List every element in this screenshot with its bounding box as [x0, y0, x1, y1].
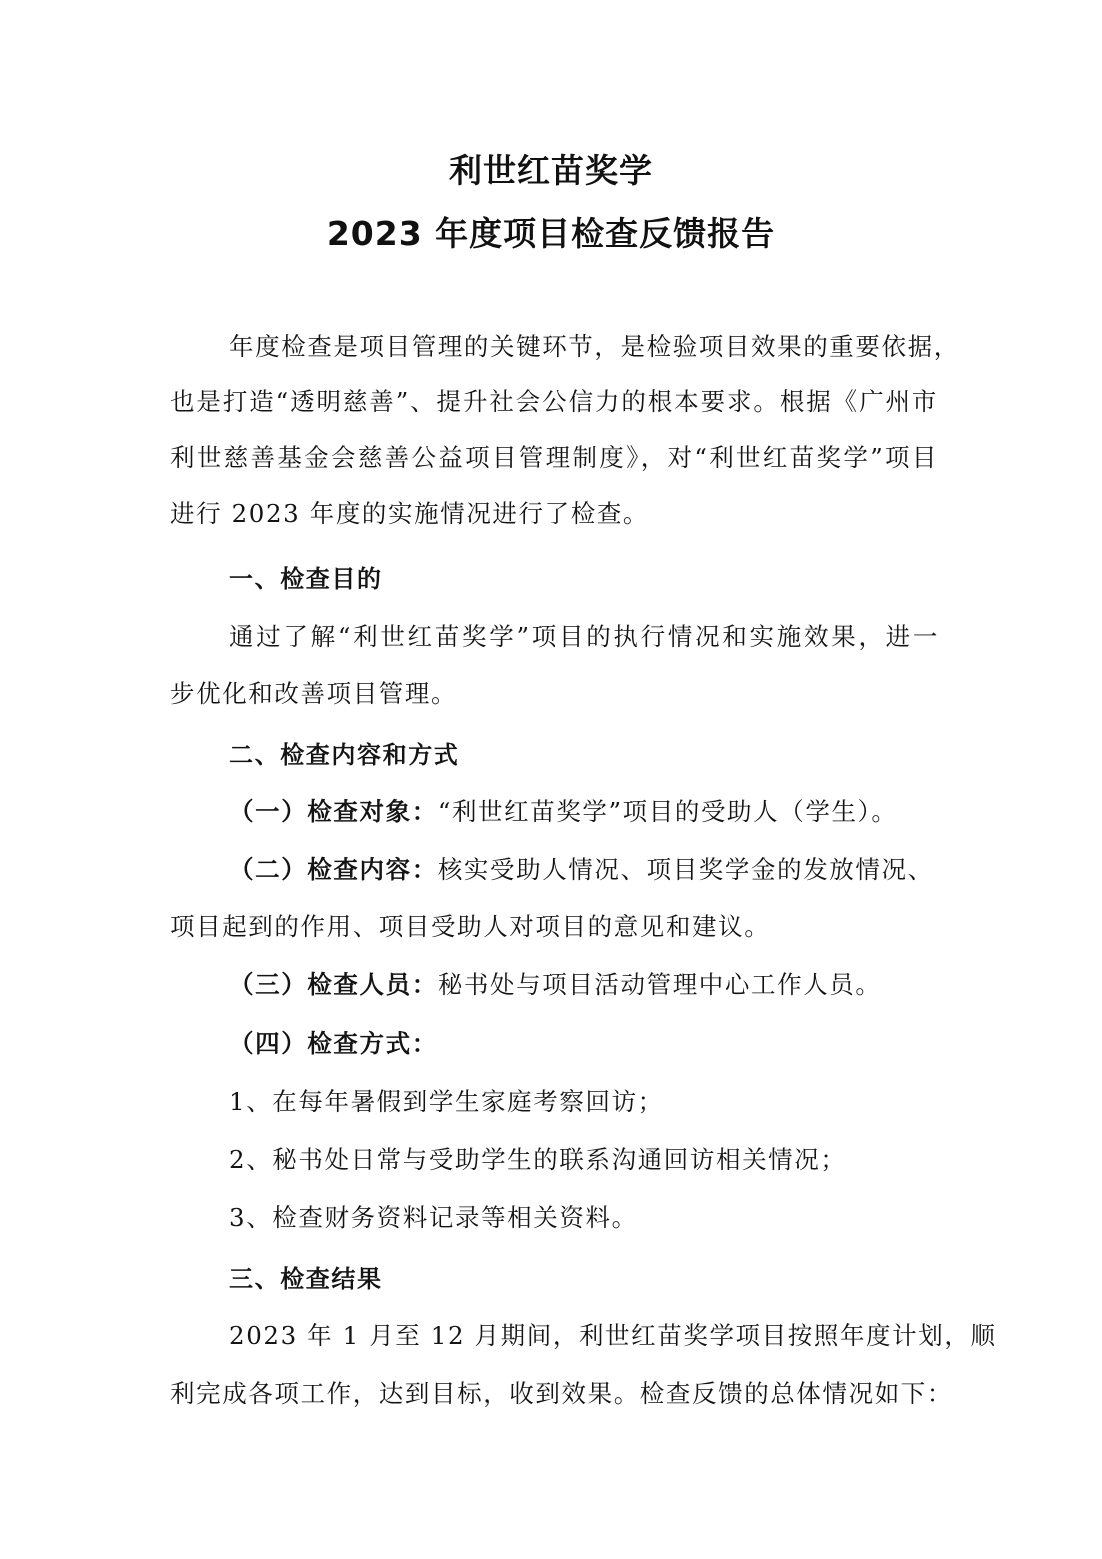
check-method-label: （四）检查方式：	[229, 1029, 438, 1058]
intro-line-2: 也是打造“透明慈善”、提升社会公信力的根本要求。根据《广州市	[170, 385, 938, 419]
check-staff-text: 秘书处与项目活动管理中心工作人员。	[438, 970, 882, 999]
section-3-line-1: 2023 年 1 月至 12 月期间，利世红苗奖学项目按照年度计划，顺	[229, 1319, 939, 1353]
check-content-label: （二）检查内容：	[229, 855, 438, 884]
check-target-label: （一）检查对象：	[229, 797, 438, 826]
section-1-line-2: 步优化和改善项目管理。	[170, 677, 950, 711]
document-page: 利世红苗奖学 2023 年度项目检查反馈报告 年度检查是项目管理的关键环节，是检…	[0, 0, 1102, 1559]
intro-line-3: 利世慈善基金会慈善公益项目管理制度》，对“利世红苗奖学”项目	[170, 441, 938, 475]
title-line-1: 利世红苗奖学	[0, 145, 1102, 192]
check-content: （二）检查内容：核实受助人情况、项目奖学金的发放情况、	[229, 853, 1009, 887]
check-staff: （三）检查人员：秘书处与项目活动管理中心工作人员。	[229, 968, 1009, 1002]
section-1-heading: 一、检查目的	[229, 562, 1009, 596]
check-staff-label: （三）检查人员：	[229, 970, 438, 999]
section-1-line-1: 通过了解“利世红苗奖学”项目的执行情况和实施效果，进一	[229, 620, 939, 654]
check-method: （四）检查方式：	[229, 1027, 1009, 1061]
check-content-continuation: 项目起到的作用、项目受助人对项目的意见和建议。	[170, 910, 950, 944]
check-target: （一）检查对象：“利世红苗奖学”项目的受助人（学生）。	[229, 795, 1009, 829]
check-target-text: “利世红苗奖学”项目的受助人（学生）。	[438, 797, 898, 826]
section-3-line-2: 利完成各项工作，达到目标，收到效果。检查反馈的总体情况如下：	[170, 1377, 938, 1411]
intro-line-1: 年度检查是项目管理的关键环节，是检验项目效果的重要依据，	[229, 330, 939, 364]
check-content-text: 核实受助人情况、项目奖学金的发放情况、	[438, 855, 934, 884]
method-item-2: 2、秘书处日常与受助学生的联系沟通回访相关情况；	[229, 1143, 1009, 1177]
method-item-3: 3、检查财务资料记录等相关资料。	[229, 1201, 1009, 1235]
title-line-2: 2023 年度项目检查反馈报告	[0, 208, 1102, 255]
intro-line-4: 进行 2023 年度的实施情况进行了检查。	[170, 497, 950, 531]
section-2-heading: 二、检查内容和方式	[229, 738, 1009, 772]
method-item-1: 1、在每年暑假到学生家庭考察回访；	[229, 1085, 1009, 1119]
section-3-heading: 三、检查结果	[229, 1262, 1009, 1296]
